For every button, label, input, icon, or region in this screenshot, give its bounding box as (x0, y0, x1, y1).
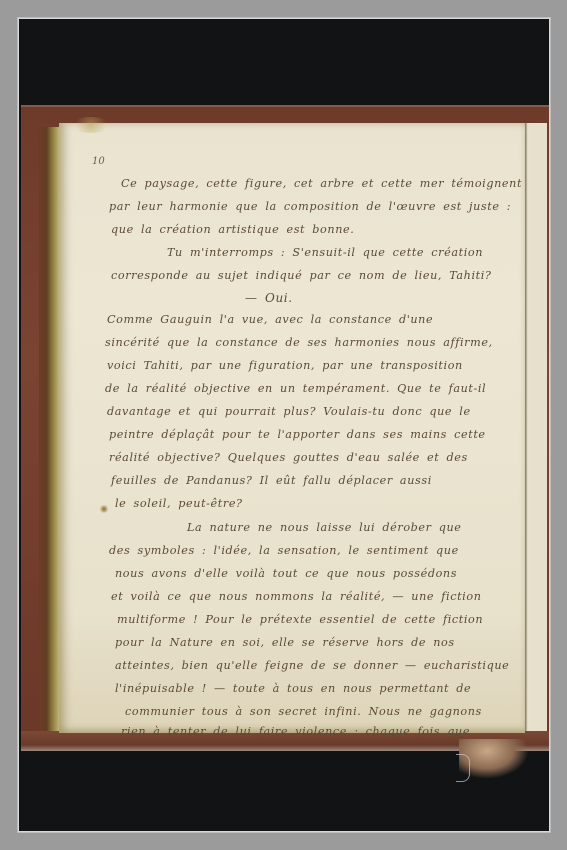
text-line: davantage et qui pourrait plus? Voulais-… (107, 405, 471, 418)
text-line: atteintes, bien qu'elle feigne de se don… (115, 659, 509, 672)
text-line: réalité objective? Quelques gouttes d'ea… (109, 451, 468, 464)
text-line: par leur harmonie que la composition de … (109, 200, 511, 213)
manuscript-page: 10 Ce paysage, cette figure, cet arbre e… (59, 123, 525, 733)
loose-thread (456, 754, 470, 782)
text-line: et voilà ce que nous nommons la réalité,… (111, 590, 482, 603)
text-line: corresponde au sujet indiqué par ce nom … (111, 269, 492, 282)
text-line: que la création artistique est bonne. (111, 223, 354, 236)
binding-gutter (39, 127, 61, 731)
text-line: peintre déplaçât pour te l'apporter dans… (109, 428, 486, 441)
text-line: des symboles : l'idée, la sensation, le … (109, 544, 459, 557)
text-line: rien à tenter de lui faire violence : ch… (121, 725, 470, 738)
text-line: voici Tahiti, par une figuration, par un… (107, 359, 463, 372)
text-line: l'inépuisable ! — toute à tous en nous p… (115, 682, 471, 695)
text-line: communier tous à son secret infini. Nous… (125, 705, 482, 718)
text-line: pour la Nature en soi, elle se réserve h… (115, 636, 455, 649)
text-line: Ce paysage, cette figure, cet arbre et c… (121, 177, 522, 190)
text-line: nous avons d'elle voilà tout ce que nous… (115, 567, 457, 580)
text-line: sincérité que la constance de ses harmon… (105, 336, 493, 349)
text-line: multiforme ! Pour le prétexte essentiel … (117, 613, 483, 626)
next-page-edge (525, 123, 547, 731)
text-line: le soleil, peut-être? (115, 497, 243, 510)
image-viewer: 10 Ce paysage, cette figure, cet arbre e… (0, 0, 567, 850)
text-line: feuilles de Pandanus? Il eût fallu dépla… (111, 474, 432, 487)
manuscript-photograph: 10 Ce paysage, cette figure, cet arbre e… (18, 18, 550, 832)
text-line: Tu m'interromps : S'ensuit-il que cette … (167, 246, 483, 259)
text-line: de la réalité objective en un tempéramen… (105, 382, 486, 395)
text-line: La nature ne nous laisse lui dérober que (187, 521, 462, 534)
text-line: Comme Gauguin l'a vue, avec la constance… (107, 313, 433, 326)
handwritten-text: Ce paysage, cette figure, cet arbre et c… (59, 123, 525, 733)
text-line: — Oui. (245, 291, 293, 305)
